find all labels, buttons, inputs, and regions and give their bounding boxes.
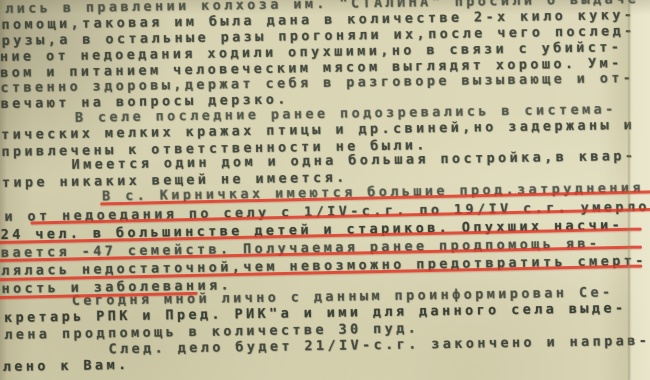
paper-fold-crease: [628, 0, 630, 380]
scanned-document-page: лись в правлении колхоза им. "СТАЛИНА" п…: [0, 0, 650, 380]
typewritten-line: лено к Вам.: [3, 358, 130, 374]
typewritten-text-block: лись в правлении колхоза им. "СТАЛИНА" п…: [0, 0, 650, 380]
